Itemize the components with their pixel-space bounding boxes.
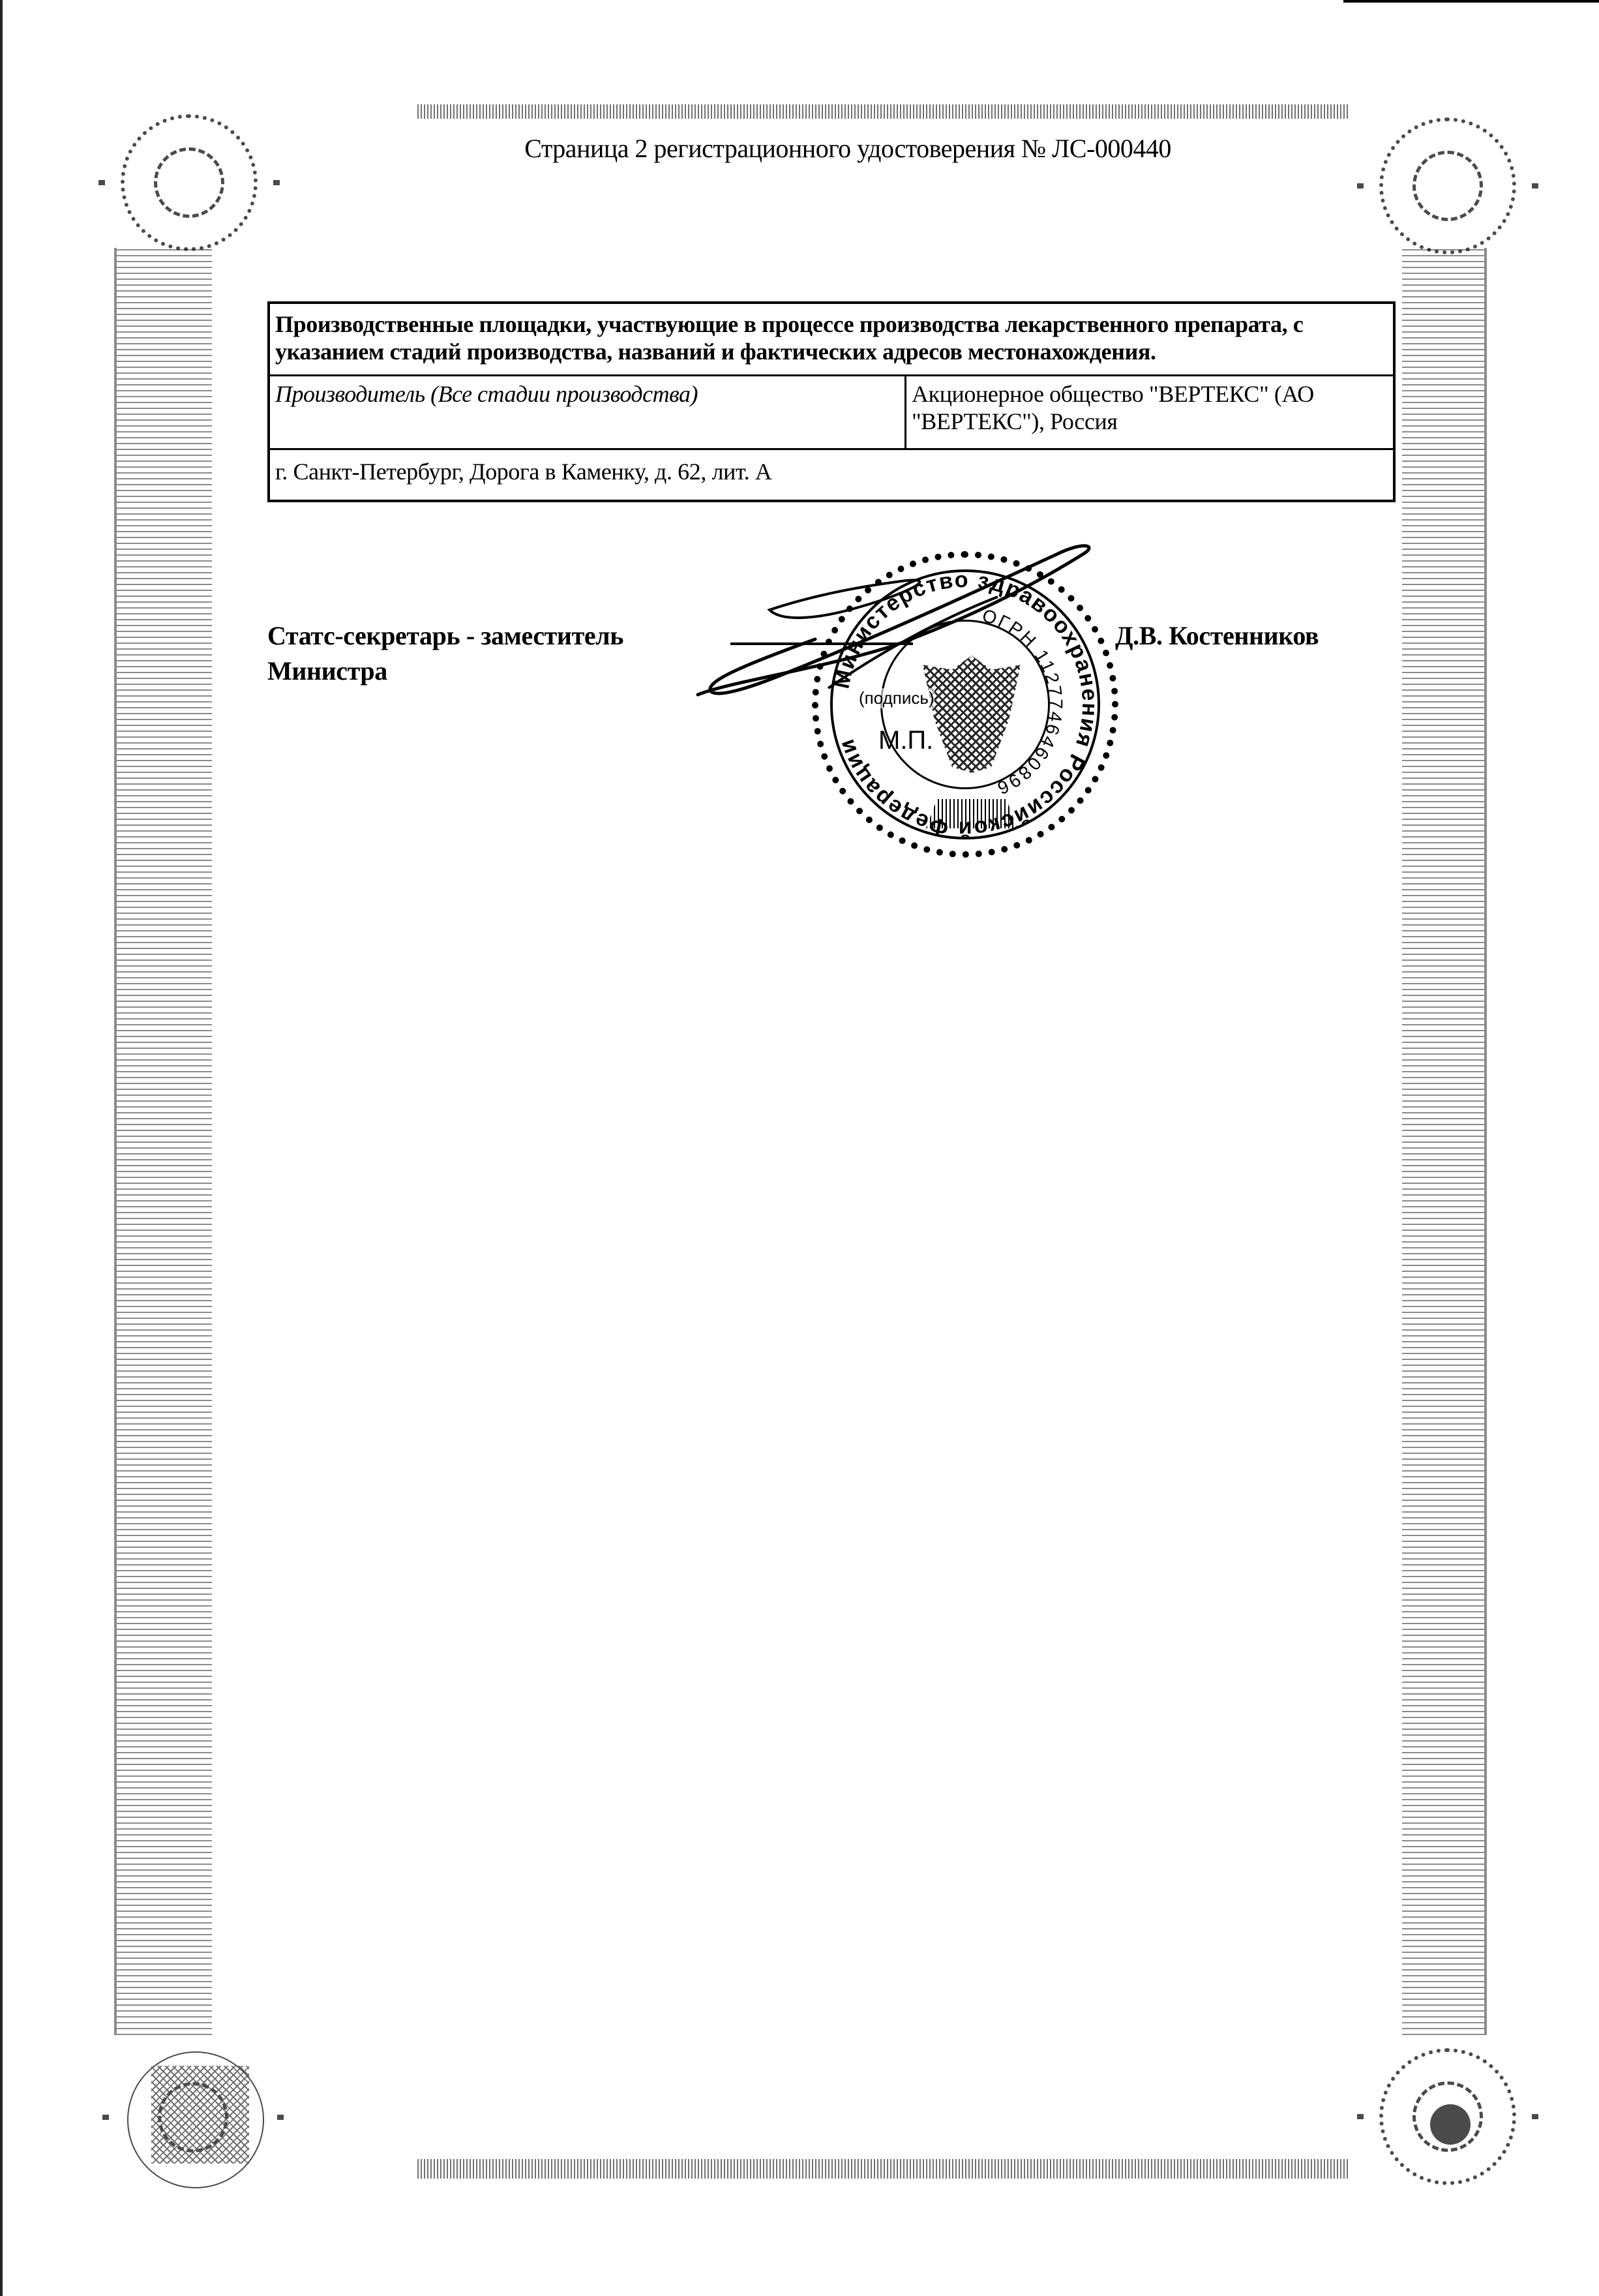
seal-stamp-label: М.П. xyxy=(878,726,933,755)
seal-sign-label: (подпись) xyxy=(859,688,934,708)
border-ornament-top xyxy=(417,104,1350,119)
table-heading: Производственные площадки, участвующие в… xyxy=(270,304,1393,374)
corner-rosette-icon xyxy=(1379,2048,1516,2185)
border-ornament-bottom xyxy=(417,2159,1350,2179)
signer-name: Д.В. Костенников xyxy=(1115,618,1319,654)
official-seal: Министерство здравоохранения Российской … xyxy=(812,551,1118,858)
manufacturer-address: г. Санкт-Петербург, Дорога в Каменку, д.… xyxy=(270,450,1393,500)
hole-punch-mark xyxy=(1430,2104,1471,2145)
page-header: Страница 2 регистрационного удостоверени… xyxy=(456,136,1239,162)
signer-title-line-2: Министра xyxy=(267,654,623,689)
corner-rosette-icon xyxy=(1379,117,1516,254)
seal-base-ornament xyxy=(926,799,1017,828)
scan-edge-top xyxy=(1343,0,1599,3)
signer-title: Статс-секретарь - заместитель Министра xyxy=(267,618,623,689)
table-heading-row: Производственные площадки, участвующие в… xyxy=(270,304,1393,374)
signer-title-line-1: Статс-секретарь - заместитель xyxy=(267,618,623,654)
border-ornament-left xyxy=(114,248,212,2035)
manufacturer-role: Производитель (Все стадии производства) xyxy=(270,376,906,448)
manufacturer-name: Акционерное общество "ВЕРТЕКС" (АО "ВЕРТ… xyxy=(906,376,1393,448)
corner-rosette-icon xyxy=(121,114,258,251)
corner-rosette-icon xyxy=(127,2051,264,2188)
table-row: Производитель (Все стадии производства) … xyxy=(270,374,1393,448)
border-ornament-right xyxy=(1402,248,1487,2035)
table-row: г. Санкт-Петербург, Дорога в Каменку, д.… xyxy=(270,448,1393,500)
scan-edge-left xyxy=(0,0,3,2296)
production-sites-table: Производственные площадки, участвующие в… xyxy=(267,301,1396,502)
